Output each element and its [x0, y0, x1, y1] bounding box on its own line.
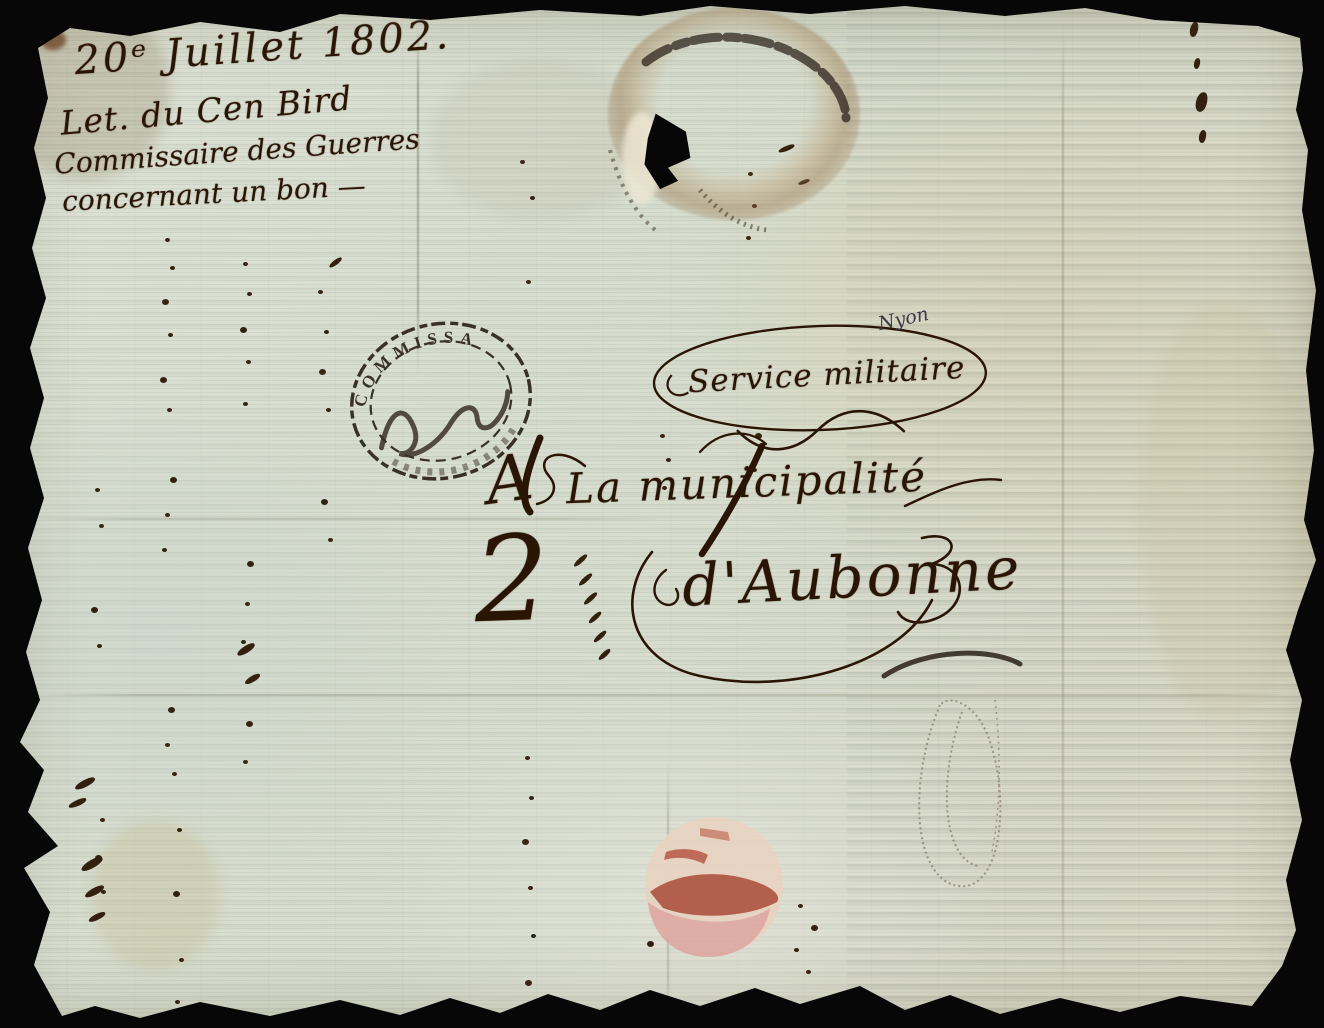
scanned-letter-scene: COMMISSA — [0, 0, 1324, 1028]
edge-vignette — [0, 0, 1324, 1028]
letter-paper: COMMISSA — [0, 0, 1324, 1028]
